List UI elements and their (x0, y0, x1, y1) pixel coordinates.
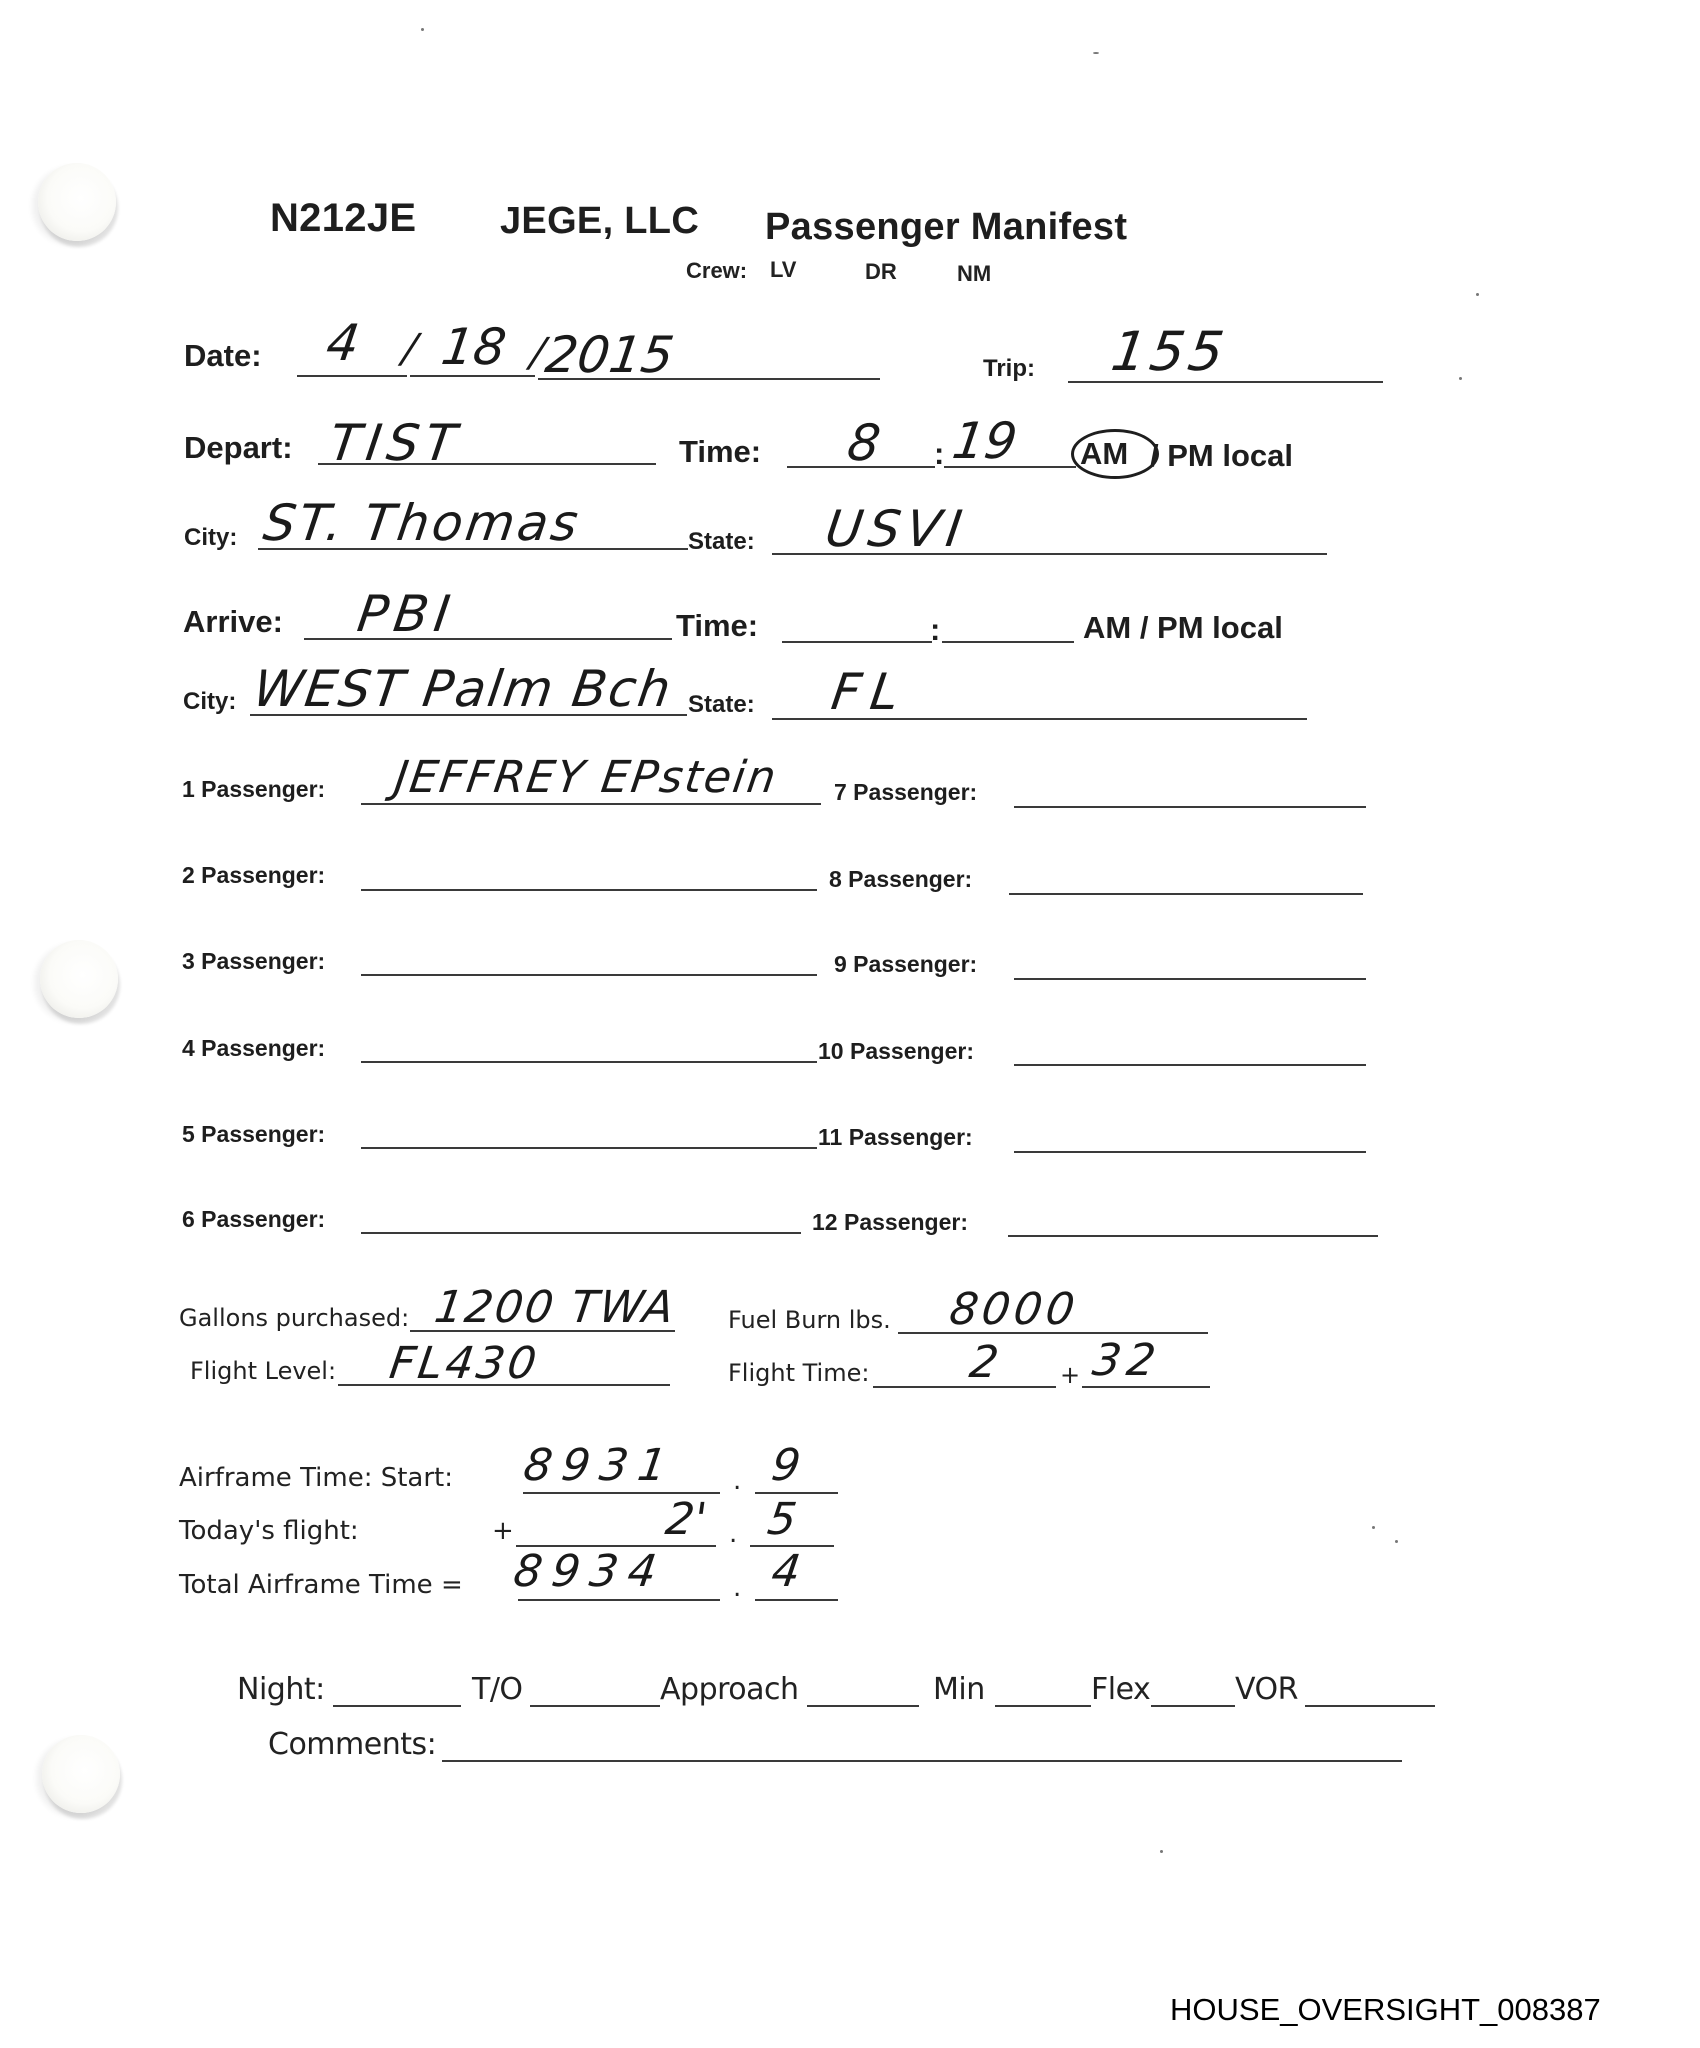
flight-time-hours-line (873, 1386, 1056, 1388)
passenger-3-label: 3 Passenger: (182, 948, 325, 975)
arrive-minute-line (942, 641, 1074, 643)
scan-speck (1395, 1540, 1398, 1543)
punch-hole-top (38, 163, 116, 241)
passenger-8-line[interactable] (1009, 893, 1363, 895)
arrive-ampm-option[interactable]: AM / PM local (1083, 610, 1283, 646)
date-month-field[interactable]: 4 (323, 314, 363, 372)
gallons-field[interactable]: 1200 TWA (431, 1282, 678, 1333)
passenger-11-label: 11 Passenger: (818, 1124, 973, 1151)
flex-label: Flex (1091, 1672, 1150, 1707)
flight-time-separator: + (1060, 1361, 1080, 1389)
todays-flight-tenth-field[interactable]: 5 (764, 1494, 799, 1545)
date-label: Date: (184, 338, 262, 374)
flight-time-minutes-field[interactable]: 32 (1089, 1335, 1164, 1386)
scan-speck (1372, 1526, 1375, 1529)
airframe-start-field[interactable]: 8931 (520, 1440, 679, 1491)
total-airframe-tenth-field[interactable]: 4 (768, 1546, 803, 1597)
passenger-4-line[interactable] (361, 1061, 817, 1063)
passenger-1-line[interactable] (361, 803, 821, 805)
company-name: JEGE, LLC (500, 200, 699, 243)
arrive-city-field[interactable]: WEST Palm Bch (250, 660, 676, 718)
arrive-time-colon: : (930, 612, 940, 648)
scan-speck (1160, 1850, 1163, 1853)
scan-speck (421, 28, 424, 31)
vor-line[interactable] (1305, 1705, 1435, 1707)
crew-member-3: NM (957, 261, 991, 287)
manifest-page: N212JE JEGE, LLC Passenger Manifest Crew… (0, 0, 1700, 2048)
arrive-time-label: Time: (676, 608, 758, 644)
crew-member-2: DR (865, 259, 897, 285)
total-airframe-line (518, 1599, 720, 1601)
todays-flight-label: Today's flight: (179, 1516, 359, 1546)
date-month-line (297, 375, 407, 377)
date-year-field[interactable]: 2015 (542, 326, 677, 384)
trip-number-field[interactable]: 155 (1108, 320, 1232, 383)
passenger-2-label: 2 Passenger: (182, 862, 325, 889)
depart-airport-field[interactable]: TIST (326, 414, 466, 472)
arrive-label: Arrive: (183, 604, 283, 640)
airframe-start-label: Airframe Time: Start: (179, 1463, 453, 1493)
passenger-5-line[interactable] (361, 1147, 817, 1149)
passenger-4-label: 4 Passenger: (182, 1035, 325, 1062)
passenger-9-line[interactable] (1014, 978, 1366, 980)
crew-label: Crew: (686, 258, 747, 284)
passenger-1-field[interactable]: JEFFREY EPstein (391, 752, 780, 803)
bates-number: HOUSE_OVERSIGHT_008387 (1170, 1992, 1601, 2028)
passenger-5-label: 5 Passenger: (182, 1121, 325, 1148)
arrive-airport-field[interactable]: PBI (354, 585, 459, 643)
night-label: Night: (237, 1672, 325, 1707)
min-line[interactable] (995, 1705, 1091, 1707)
todays-flight-field[interactable]: 2' (662, 1494, 709, 1545)
page-title: Passenger Manifest (765, 206, 1127, 249)
tail-number: N212JE (270, 196, 416, 241)
scan-speck (1093, 52, 1099, 54)
flight-level-label: Flight Level: (190, 1357, 336, 1385)
depart-label: Depart: (184, 430, 293, 466)
depart-am-option[interactable]: AM (1080, 436, 1128, 472)
passenger-12-label: 12 Passenger: (812, 1209, 968, 1236)
arrive-state-label: State: (688, 691, 755, 719)
comments-label: Comments: (268, 1727, 436, 1762)
passenger-6-line[interactable] (361, 1232, 801, 1234)
fuel-burn-label: Fuel Burn lbs. (728, 1306, 891, 1334)
passenger-8-label: 8 Passenger: (829, 866, 972, 893)
flight-time-minutes-line (1082, 1386, 1210, 1388)
passenger-10-line[interactable] (1014, 1064, 1366, 1066)
passenger-2-line[interactable] (361, 889, 817, 891)
flight-time-label: Flight Time: (728, 1359, 869, 1387)
flex-line[interactable] (1151, 1705, 1235, 1707)
to-label: T/O (472, 1672, 523, 1707)
total-airframe-label: Total Airframe Time = (179, 1570, 463, 1600)
comments-line[interactable] (442, 1760, 1402, 1762)
total-airframe-field[interactable]: 8934 (510, 1546, 669, 1597)
total-airframe-dot: . (733, 1573, 741, 1603)
approach-line[interactable] (807, 1705, 919, 1707)
depart-hour-field[interactable]: 8 (844, 414, 884, 472)
date-day-field[interactable]: 18 (438, 318, 510, 376)
flight-level-field[interactable]: FL430 (386, 1338, 542, 1389)
passenger-3-line[interactable] (361, 974, 817, 976)
fuel-burn-field[interactable]: 8000 (946, 1284, 1081, 1335)
passenger-1-label: 1 Passenger: (182, 776, 325, 803)
arrive-hour-line (782, 641, 932, 643)
scan-speck (1476, 293, 1479, 296)
flight-time-hours-field[interactable]: 2 (966, 1337, 1001, 1388)
punch-hole-bottom (42, 1735, 120, 1813)
date-sep-1: / (400, 326, 420, 372)
passenger-10-label: 10 Passenger: (818, 1038, 974, 1065)
punch-hole-middle (40, 940, 118, 1018)
passenger-6-label: 6 Passenger: (182, 1206, 325, 1233)
depart-minute-field[interactable]: 19 (949, 412, 1021, 470)
arrive-city-label: City: (183, 688, 236, 716)
trip-label: Trip: (983, 355, 1035, 383)
depart-time-label: Time: (679, 434, 761, 470)
vor-label: VOR (1235, 1672, 1298, 1707)
to-line[interactable] (530, 1705, 660, 1707)
total-airframe-tenth-line (755, 1599, 838, 1601)
airframe-start-tenth-field[interactable]: 9 (768, 1440, 803, 1491)
gallons-label: Gallons purchased: (179, 1304, 409, 1332)
night-line[interactable] (333, 1705, 461, 1707)
crew-member-1: LV (770, 257, 796, 283)
airframe-start-dot: . (733, 1466, 741, 1496)
todays-flight-plus: + (492, 1516, 514, 1546)
passenger-7-label: 7 Passenger: (834, 779, 977, 806)
depart-state-field[interactable]: USVI (822, 500, 971, 558)
arrive-state-field[interactable]: FL (828, 663, 913, 721)
passenger-7-line[interactable] (1014, 806, 1366, 808)
passenger-12-line[interactable] (1008, 1235, 1378, 1237)
todays-flight-dot: . (729, 1519, 737, 1549)
min-label: Min (933, 1672, 985, 1707)
passenger-9-label: 9 Passenger: (834, 951, 977, 978)
depart-city-label: City: (184, 524, 237, 552)
approach-label: Approach (660, 1672, 799, 1707)
scan-speck (1459, 377, 1462, 380)
depart-pm-local[interactable]: / PM local (1150, 438, 1293, 474)
depart-city-field[interactable]: ST. Thomas (260, 494, 585, 552)
depart-time-colon: : (934, 436, 944, 472)
depart-state-label: State: (688, 528, 755, 556)
passenger-11-line[interactable] (1014, 1151, 1366, 1153)
